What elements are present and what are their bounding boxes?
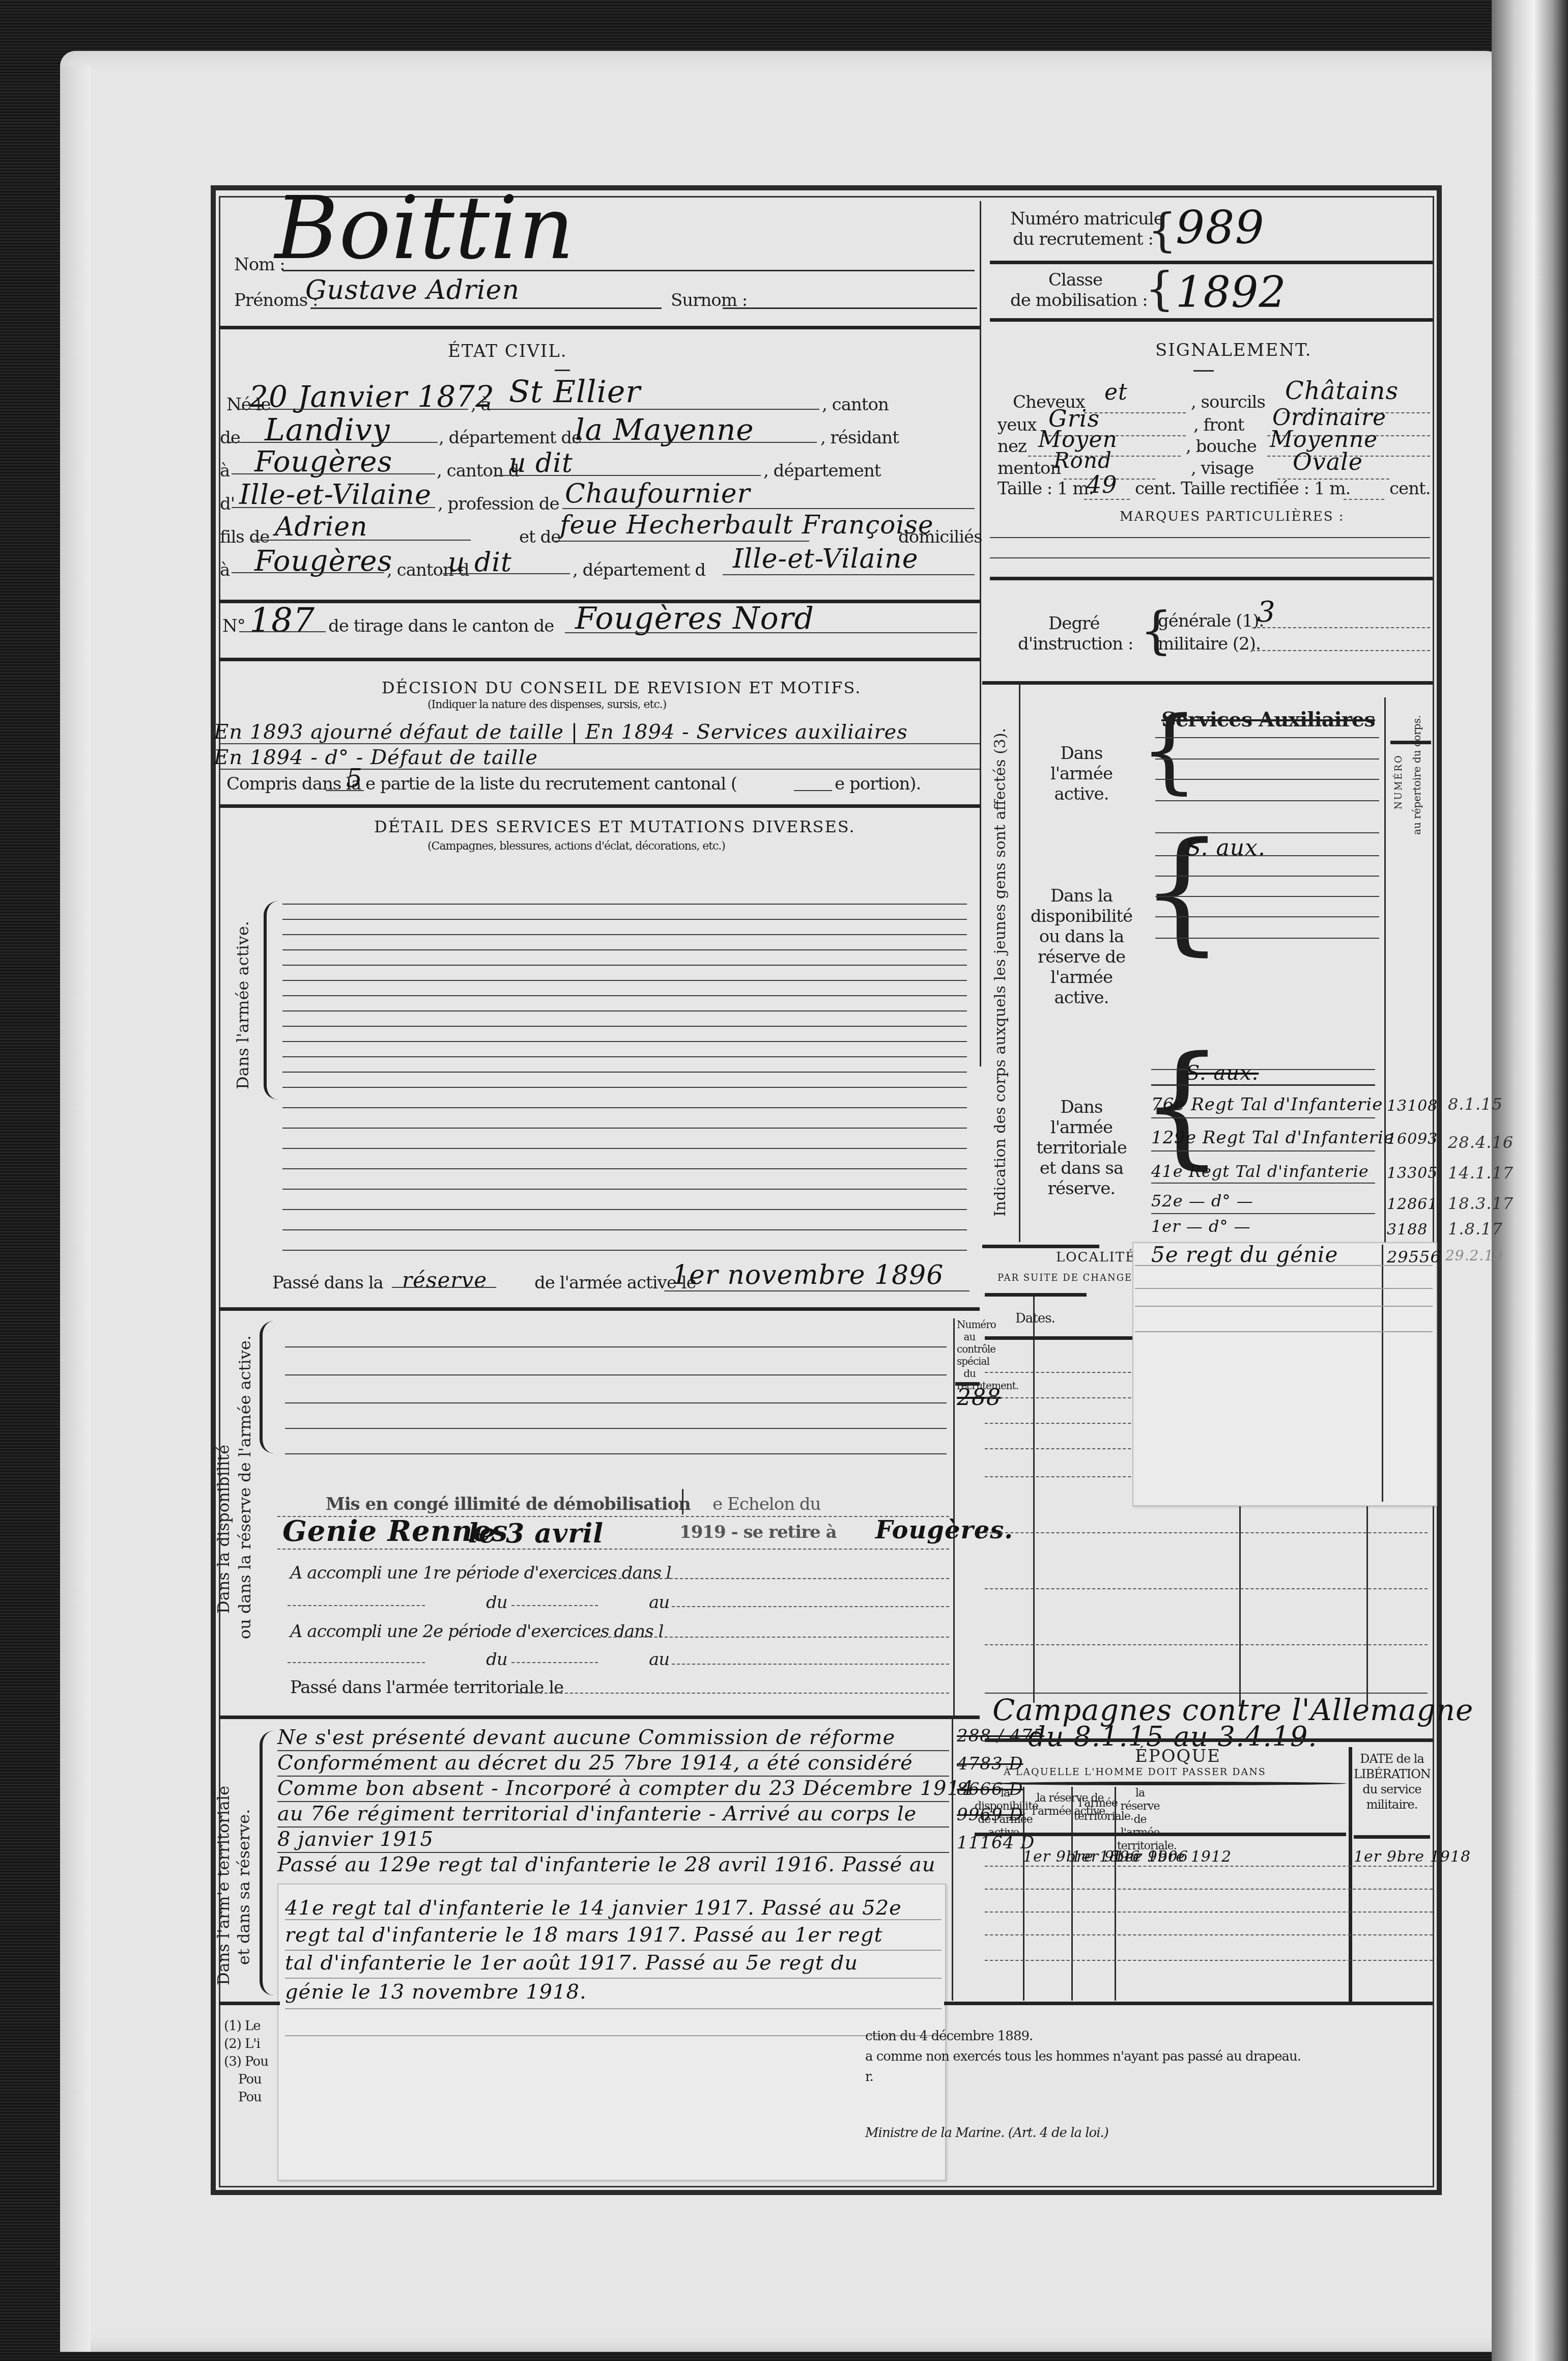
localites-top-rule: [982, 1245, 1099, 1248]
partie-label: e partie de la liste du recrutement cant…: [365, 774, 737, 794]
taille-rectifiee-rule: [1344, 499, 1384, 500]
header-divider: [219, 326, 980, 329]
periode2-du-pre-rule: [288, 1662, 425, 1663]
epoque-col-divider: [1115, 1787, 1116, 2001]
service-line: [282, 919, 967, 920]
dept-d-label: d': [220, 494, 235, 514]
service-line: [282, 1072, 967, 1073]
residence-a-label: à: [220, 461, 230, 481]
passe-rule: [392, 1287, 496, 1288]
affect-row-numero: 13108: [1387, 1097, 1438, 1115]
periode1-du-rule: [511, 1605, 598, 1606]
affect-rule: [1155, 800, 1379, 801]
departement-label: , département de: [439, 428, 581, 448]
periode1-rule: [593, 1578, 949, 1579]
nom-rule: [282, 270, 975, 271]
affect-rule: [1155, 896, 1379, 897]
residence-dept-label: , département: [763, 461, 881, 481]
affect-row-date: 1.8.17: [1448, 1219, 1503, 1239]
passe-value: réserve: [402, 1268, 487, 1292]
slip-column-divider: [1382, 1245, 1383, 1502]
prenoms-value: Gustave Adrien: [305, 275, 520, 305]
slip-rule: [285, 1978, 942, 1979]
residence-rule: [232, 473, 435, 474]
nez-label: nez: [997, 436, 1027, 457]
service-line: [282, 949, 967, 950]
classe-value: 1892: [1176, 267, 1287, 317]
compris-value: 5: [346, 764, 363, 793]
signalement-dash: [1193, 370, 1214, 372]
compris-label: Compris dans la: [226, 774, 361, 794]
affect-row-corps: 1er — d° —: [1151, 1217, 1251, 1236]
disponibilite-vlabel-2: ou dans la réserve de l'armée active.: [235, 1335, 254, 1639]
service-line: [282, 1250, 967, 1251]
marques-rule-1: [990, 537, 1430, 538]
epoque-head-rule: [975, 1833, 1346, 1836]
tirage-canton-value: Fougères Nord: [575, 601, 814, 636]
footnote-1-end: ction du 4 décembre 1889.: [865, 2029, 1033, 2044]
domicile-a-label: à: [220, 560, 230, 580]
domicile-canton-rule: [443, 573, 570, 574]
service-line: [282, 1168, 967, 1169]
liberation-head-rule: [1354, 1835, 1430, 1839]
decision-rule-1: [219, 743, 980, 744]
territoriale-line: Ne s'est présenté devant aucune Commissi…: [277, 1726, 895, 1749]
classe-label-2: de mobilisation :: [1010, 290, 1148, 311]
matricule-label-2: du recrutement :: [1013, 229, 1153, 249]
affect-row-corps: 129e Regt Tal d'Infanterie: [1151, 1128, 1394, 1148]
pasted-genie-slip: [1132, 1242, 1437, 1506]
periode1-au-label: au: [649, 1592, 669, 1613]
compris-rule: [326, 790, 364, 791]
affectations-vlabel: Indication des corps auxquels les jeunes…: [991, 728, 1009, 1217]
service-line: [282, 934, 967, 935]
affect-row-numero: 13305: [1387, 1164, 1438, 1182]
affect-rule: [1151, 1183, 1375, 1184]
footnote-3-end: r.: [865, 2069, 873, 2085]
periode1-label: A accompli une 1re période d'exercices d…: [290, 1563, 671, 1583]
front-label: , front: [1193, 415, 1244, 435]
footnote-4: Pou: [238, 2072, 262, 2087]
service-line: [282, 904, 967, 905]
degre-divider: [982, 681, 1433, 685]
father-value: Adrien: [275, 512, 368, 542]
father-rule: [252, 540, 471, 541]
numero-repertoire-rule: [1390, 741, 1431, 744]
localites-head-rule: [985, 1293, 1087, 1297]
affect-row-corps: 5e regt du génie: [1151, 1242, 1338, 1267]
services-subtitle: (Campagnes, blessures, actions d'éclat, …: [427, 840, 725, 853]
disponibilite-vlabel-1: Dans la disponibilité: [214, 1445, 233, 1614]
matricule-divider: [990, 261, 1433, 264]
liberation-value: 1er 9bre 1918: [1354, 1848, 1471, 1866]
service-line: [282, 995, 967, 996]
affect-row-corps: 41e Regt Tal d'infanterie: [1151, 1162, 1369, 1181]
liberation-divider: [1349, 1747, 1352, 2002]
service-line: [285, 1374, 947, 1375]
domicile-dept-value: Ille-et-Vilaine: [733, 544, 918, 574]
footnote-divider-left: [219, 2002, 280, 2005]
stamp-separator: [682, 1489, 683, 1514]
armee-active-vlabel: Dans l'armée active.: [233, 921, 252, 1089]
domicile-rule: [232, 572, 384, 573]
service-line: [282, 1128, 967, 1129]
profession-label: , profession de: [438, 494, 559, 514]
numero-repertoire-divider: [1384, 697, 1386, 1262]
brace-armee-active: [264, 901, 278, 1100]
decision-divider: [219, 804, 980, 808]
footnote-1: (1) Le: [224, 2018, 261, 2034]
tirage-label: de tirage dans le canton de: [328, 616, 554, 636]
mother-value: feue Hecherbault Françoise: [560, 510, 934, 540]
visage-label: , visage: [1191, 458, 1253, 479]
epoque-title: ÉPOQUE: [1135, 1746, 1221, 1766]
affect-row-numero: 12861: [1387, 1195, 1438, 1213]
marques-rule-2: [990, 557, 1430, 558]
birth-canton-rule: [229, 442, 438, 443]
periode1-du-pre-rule: [288, 1605, 425, 1606]
affect-disponibilite-label: Dans la disponibilité ou dans la réserve…: [1028, 886, 1135, 1008]
service-line: [282, 1041, 967, 1042]
passe-territoriale-rule: [519, 1693, 949, 1694]
passe-territoriale-label: Passé dans l'armée territoriale le: [290, 1677, 563, 1698]
taille-rectifiee-label: cent. Taille rectifiée : 1 m.: [1135, 479, 1350, 499]
affect-rule: [1155, 779, 1379, 780]
main-column-divider: [980, 201, 981, 1066]
periode2-au-label: au: [649, 1649, 669, 1670]
service-line: [282, 1189, 967, 1190]
marques-divider: [990, 577, 1433, 580]
territoriale-line: au 76e régiment territorial d'infanterie…: [277, 1802, 917, 1825]
affect-row-corps: 76e Regt Tal d'Infanterie: [1151, 1094, 1383, 1115]
cent-label: cent.: [1389, 479, 1431, 499]
periode2-label: A accompli une 2e période d'exercices da…: [290, 1621, 663, 1642]
affect-row-numero: 29556: [1387, 1247, 1441, 1267]
services-title: DÉTAIL DES SERVICES ET MUTATIONS DIVERSE…: [374, 817, 856, 836]
slip-rule: [1135, 1306, 1433, 1307]
footnote-2: (2) L'i: [224, 2036, 260, 2051]
affect-disponibilite-value: S. aux.: [1186, 835, 1266, 861]
visage-value: Ovale: [1293, 448, 1363, 475]
echelon-label: e Echelon du: [712, 1494, 821, 1514]
profession-value: Chaufournier: [565, 479, 750, 509]
etat-civil-title: ÉTAT CIVIL.: [448, 341, 567, 361]
campagnes-divider: [985, 1738, 1433, 1742]
numero-repertoire-label-2: au répertoire du corps.: [1411, 715, 1423, 835]
militaire-rule: [1252, 650, 1430, 651]
service-line: [282, 1056, 967, 1057]
sourcils-label: , sourcils: [1191, 392, 1265, 412]
slip-line: tal d'infanterie le 1er août 1917. Passé…: [285, 1951, 858, 1975]
service-line: [282, 1209, 967, 1210]
tirage-canton-rule: [565, 632, 977, 633]
portion-label: e portion).: [835, 774, 921, 794]
numero-controle-label: Numéro au contrôle spécial du recrutemen…: [957, 1318, 982, 1392]
affect-active-stamp: Services Auxiliaires: [1161, 708, 1375, 732]
residence-canton-label: , canton d: [437, 461, 519, 481]
brace-territoriale: [260, 1731, 274, 1995]
affect-row-corps: S. aux.: [1186, 1061, 1259, 1085]
epoque-subtitle: À LAQUELLE L'HOMME DOIT PASSER DANS: [1004, 1766, 1266, 1778]
periode1-du-label: du: [486, 1592, 507, 1613]
numero-repertoire-label-1: NUMÉRO: [1393, 754, 1404, 809]
armee-active-divider: [219, 1307, 980, 1311]
residence-canton-value: u dit: [509, 448, 573, 479]
conge-date: le 3 avril: [468, 1518, 604, 1549]
territoriale-vlabel-2: et dans sa réserve.: [234, 1809, 253, 1965]
service-line: [282, 1229, 967, 1230]
epoque-row-rule: [985, 1866, 1433, 1867]
decision-title: DÉCISION DU CONSEIL DE REVISION ET MOTIF…: [382, 678, 861, 697]
slip-rule: [1135, 1288, 1433, 1289]
epoque-brace: [990, 1782, 1346, 1785]
decision-line-2: En 1894 - d° - Défaut de taille: [214, 746, 538, 769]
cheveux-value: et: [1104, 379, 1128, 405]
territoriale-line: Comme bon absent - Incorporé à compter d…: [277, 1777, 974, 1800]
territoriale-line: 8 janvier 1915: [277, 1828, 434, 1851]
affect-rule: [1151, 1084, 1375, 1086]
affect-active-label: Dans l'armée active.: [1028, 743, 1135, 804]
epoque-row-rule: [985, 1912, 1433, 1913]
portion-rule: [794, 790, 832, 791]
affect-row-corps: 52e — d° —: [1151, 1191, 1253, 1211]
epoque-row-rule: [985, 1960, 1433, 1961]
et-de-label: et de: [519, 527, 560, 547]
service-line: [282, 1010, 967, 1011]
territoriale-line: Conformément au décret du 25 7bre 1914, …: [277, 1751, 913, 1775]
footnote-5-end: Ministre de la Marine. (Art. 4 de la loi…: [865, 2125, 1108, 2141]
slip-line: regt tal d'infanterie le 18 mars 1917. P…: [285, 1923, 883, 1947]
passe-date-value: 1er novembre 1896: [672, 1260, 944, 1290]
militaire-label: militaire (2).: [1158, 634, 1261, 654]
residant-label: , résidant: [820, 428, 899, 448]
menton-label: menton: [997, 458, 1061, 479]
fils-de-label: fils de: [220, 527, 269, 547]
affect-rule: [1151, 1150, 1375, 1151]
nom-value: Boittin: [275, 178, 575, 279]
dates-header: Dates.: [1015, 1311, 1055, 1326]
localites-col-divider: [1033, 1296, 1035, 1703]
affect-row-date: 14.1.17: [1448, 1163, 1514, 1183]
localites-rule: [985, 1588, 1428, 1589]
affect-rule: [1155, 876, 1379, 877]
brace-matricule: {: [1148, 204, 1176, 257]
residence-canton-rule: [496, 475, 761, 476]
footnote-3: (3) Pou: [224, 2054, 268, 2069]
conge-stamp: Mis en congé illimité de démobilisation: [326, 1494, 691, 1514]
conge-year-stamp: 1919 - se retire à: [679, 1522, 837, 1542]
localites-rule: [985, 1644, 1428, 1645]
de-label: de: [220, 428, 240, 448]
service-line: [285, 1453, 947, 1454]
footnote-5: Pou: [238, 2090, 262, 2105]
service-line: [285, 1402, 947, 1403]
generale-value: 3: [1257, 596, 1276, 629]
epoque-col-divider: [1023, 1787, 1024, 2001]
brace-classe: {: [1145, 262, 1174, 316]
brace-disponibilite: [260, 1321, 274, 1453]
affect-territoriale-label: Dans l'armée territoriale et dans sa rés…: [1028, 1097, 1135, 1199]
residence-dept-value: Ille-et-Vilaine: [239, 479, 432, 511]
footnote-2-end: a comme non exercés tous les hommes n'ay…: [865, 2049, 1301, 2064]
epoque-value: 1er 9bre 1912: [1115, 1848, 1232, 1866]
domicile-dept-rule: [723, 574, 975, 575]
taille-value: 49: [1087, 471, 1118, 498]
service-line: [282, 1026, 967, 1027]
service-line: [282, 1087, 967, 1088]
slip-rule: [285, 1950, 942, 1951]
generale-label: générale (1).: [1158, 611, 1264, 631]
affect-rule: [1155, 916, 1379, 917]
birth-dept-rule: [573, 442, 817, 443]
birth-date-rule: [239, 409, 468, 410]
affect-rule: [1155, 855, 1379, 856]
canton-label: , canton: [822, 395, 889, 415]
marques-title: MARQUES PARTICULIÈRES :: [1120, 509, 1345, 524]
signalement-title: SIGNALEMENT.: [1155, 340, 1312, 360]
service-line: [282, 980, 967, 981]
footnote-divider-right: [944, 2002, 1433, 2005]
slip-line: génie le 13 novembre 1918.: [285, 1980, 587, 2004]
degre-label-1: Degré: [1048, 613, 1100, 634]
affect-row-date: 28.4.16: [1448, 1133, 1514, 1152]
bouche-label: , bouche: [1186, 436, 1257, 457]
birth-place-rule: [489, 409, 819, 410]
tirage-no-value: 187: [249, 601, 315, 640]
service-line: [285, 1428, 947, 1429]
affect-rule: [1151, 1117, 1375, 1118]
matricule-label-1: Numéro matricule: [1010, 209, 1163, 229]
disponibilite-divider: [219, 1716, 980, 1719]
menton-value: Rond: [1053, 448, 1112, 473]
birth-place-value: St Ellier: [509, 374, 641, 410]
affect-rule: [1155, 737, 1379, 738]
periode2-rule: [593, 1637, 949, 1638]
affectations-side-divider: [1019, 682, 1020, 1242]
profession-rule: [562, 508, 975, 509]
generale-rule: [1252, 627, 1430, 628]
periode2-du-rule: [511, 1662, 598, 1663]
surnom-rule: [723, 307, 977, 309]
slip-rule: [285, 2035, 942, 2036]
epoque-row-rule: [985, 1934, 1433, 1935]
tirage-divider: [219, 658, 980, 661]
periode2-du-label: du: [486, 1649, 507, 1670]
affect-row-numero: 3188: [1387, 1221, 1428, 1239]
affect-row-date: 8.1.15: [1448, 1094, 1503, 1114]
affect-row-date: 18.3.17: [1448, 1194, 1514, 1213]
passe-label: Passé dans la: [272, 1273, 383, 1293]
slip-rule: [1135, 1331, 1433, 1332]
a-label: , à: [471, 395, 491, 415]
epoque-col-header: la réserve de l'armée territoriale.: [1117, 1787, 1163, 1853]
territoriale-numero-divider: [952, 1716, 953, 2001]
degre-label-2: d'instruction :: [1018, 634, 1133, 654]
epoque-col-divider: [1071, 1787, 1073, 2001]
decision-line-1: En 1893 ajourné défaut de taille | En 18…: [214, 720, 908, 744]
affect-rule: [1151, 1213, 1375, 1214]
service-line: [285, 1346, 947, 1347]
page-edge: [60, 66, 91, 2352]
periode2-au-rule: [672, 1664, 949, 1665]
classe-label-1: Classe: [1048, 270, 1102, 290]
classe-divider: [990, 318, 1433, 322]
service-line: [282, 1107, 967, 1108]
affect-rule: [1155, 832, 1379, 833]
tirage-no-rule: [239, 631, 326, 632]
slip-line: 41e regt tal d'infanterie le 14 janvier …: [285, 1896, 902, 1920]
decision-rule-2: [219, 769, 980, 770]
sourcils-value: Châtains: [1285, 377, 1399, 405]
passe-date-rule: [664, 1290, 970, 1291]
domicile-dept-label: , département d: [573, 560, 705, 580]
title-dash: [555, 370, 570, 371]
taille-label: Taille : 1 m.: [997, 479, 1094, 499]
localites-rule: [985, 1532, 1428, 1533]
mother-rule: [555, 541, 809, 542]
affect-rule: [1155, 758, 1379, 760]
service-line: [282, 1148, 967, 1149]
taille-rule: [1084, 499, 1130, 500]
epoque-row-rule: [985, 1889, 1433, 1890]
affect-row-date: 29.2.19: [1445, 1247, 1503, 1264]
affect-rule: [1151, 1069, 1375, 1070]
service-line: [282, 965, 967, 966]
tirage-no-label: N°: [222, 616, 245, 636]
prenoms-rule: [310, 307, 662, 309]
liberation-header: DATE de la LIBÉRATION du service militai…: [1354, 1751, 1430, 1812]
yeux-label: yeux: [997, 415, 1036, 435]
residence-dept-rule: [232, 507, 435, 508]
conge-rule-2: [277, 1549, 949, 1550]
territoriale-line: Passé au 129e regt tal d'infanterie le 2…: [277, 1853, 936, 1876]
conge-retire-value: Fougères.: [875, 1516, 1013, 1544]
affect-row-numero: 16093: [1387, 1130, 1438, 1148]
territoriale-vlabel-1: Dans l'arm'e territoriale: [214, 1786, 233, 1985]
slip-rule: [285, 2008, 942, 2009]
decision-subtitle: (Indiquer la nature des dispenses, sursi…: [427, 698, 666, 711]
affect-rule: [1155, 938, 1379, 939]
periode1-au-rule: [672, 1606, 949, 1607]
matricule-value: 989: [1176, 201, 1265, 255]
